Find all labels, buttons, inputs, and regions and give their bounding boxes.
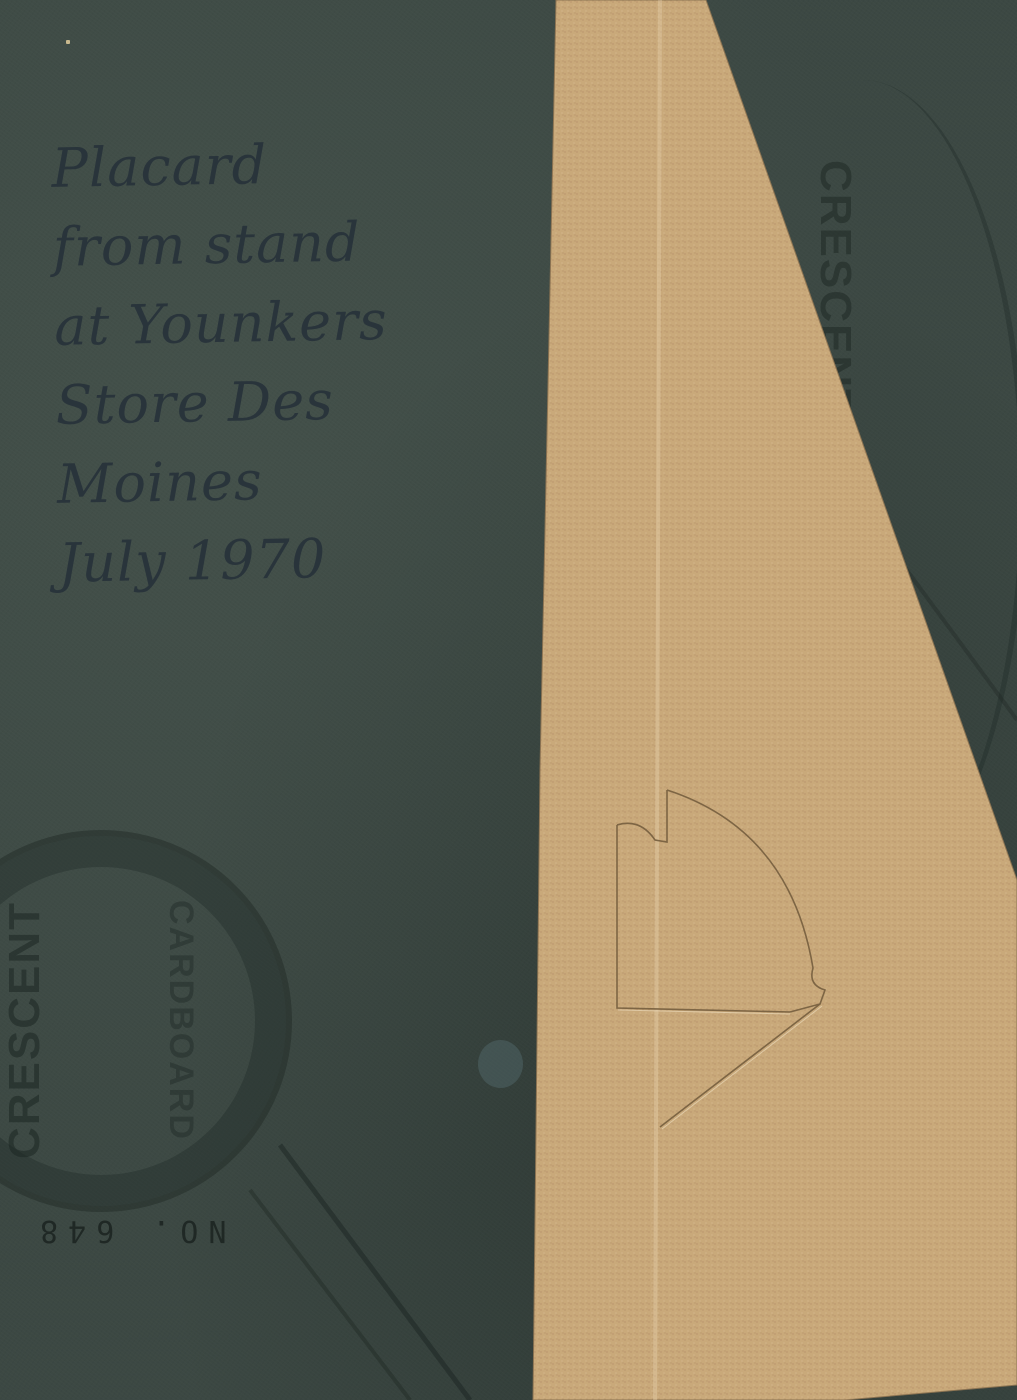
- scanned-document: CRESCENT CARDBOARD CRESCENT Placard from…: [0, 0, 1017, 1400]
- kraft-easel-panel: [0, 0, 1017, 1400]
